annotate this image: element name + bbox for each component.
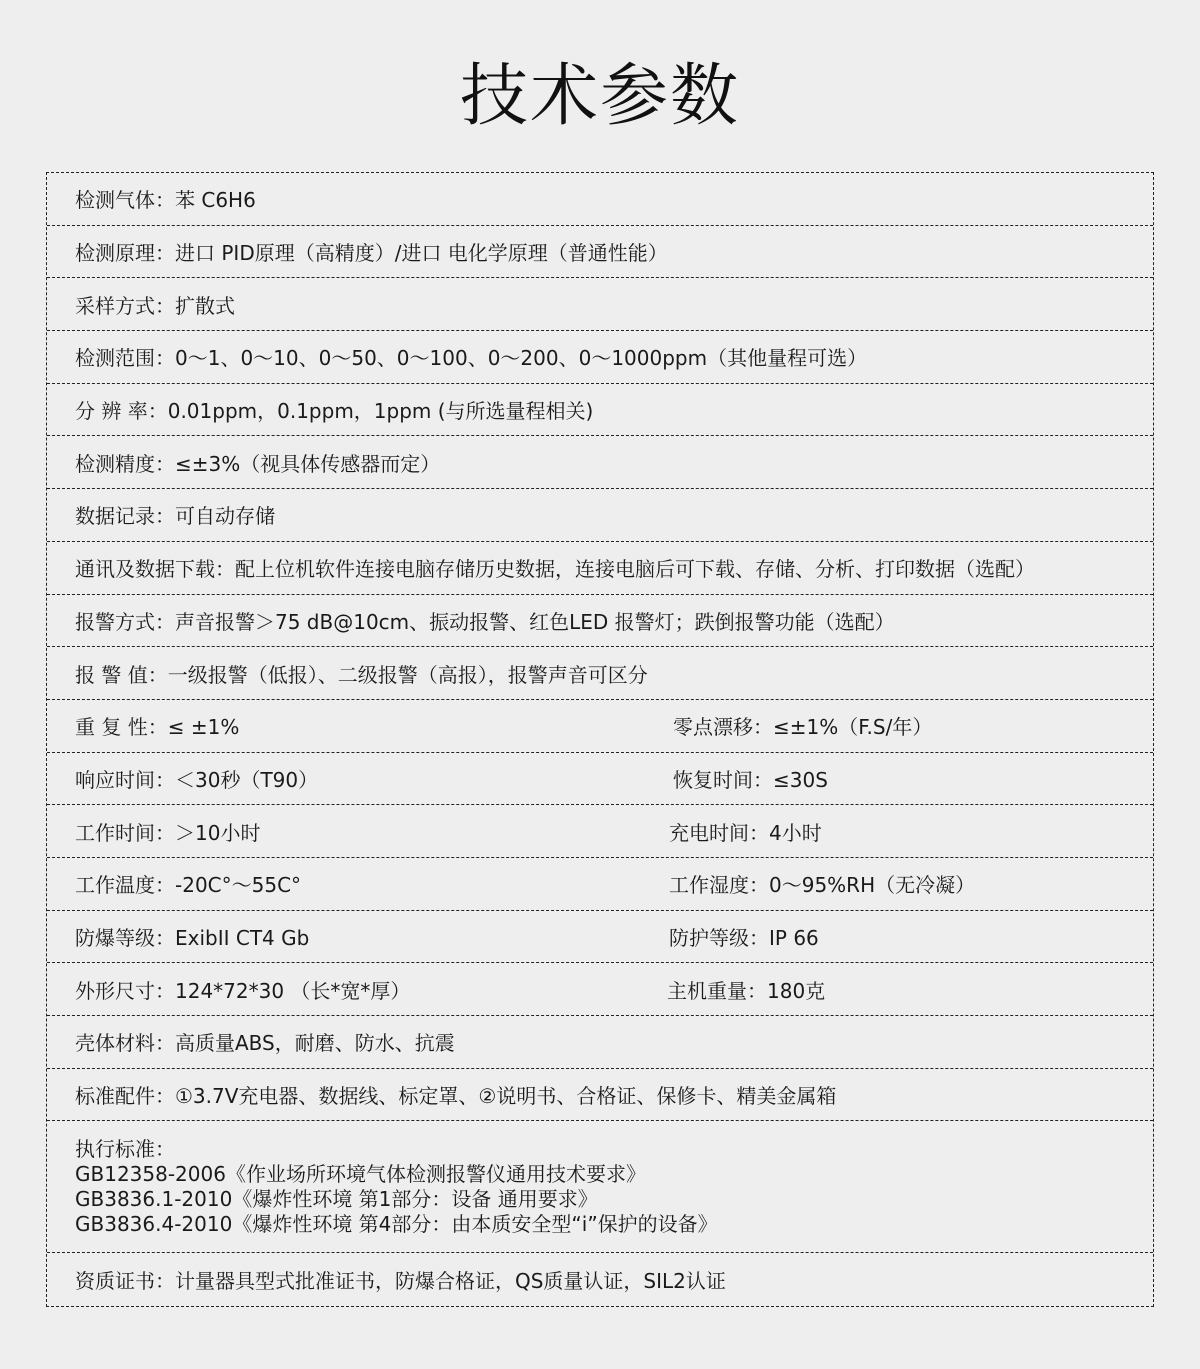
spec-label: 工作温度： xyxy=(75,873,175,897)
spec-label: 检测范围： xyxy=(75,342,175,371)
spec-label: 执行标准： xyxy=(75,1137,175,1162)
spec-value: -20C°～55C° xyxy=(175,873,301,897)
spec-value: 高质量ABS，耐磨、防水、抗震 xyxy=(175,1027,455,1056)
spec-row-resolution: 分 辨 率：0.01ppm，0.1ppm，1ppm (与所选量程相关) xyxy=(47,384,1153,437)
spec-row-certificates: 资质证书：计量器具型式批准证书，防爆合格证，QS质量认证，SIL2认证 xyxy=(47,1253,1153,1306)
spec-row-alarm-mode: 报警方式：声音报警＞75 dB@10cm、振动报警、红色LED 报警灯；跌倒报警… xyxy=(47,595,1153,648)
spec-row-data-logging: 数据记录：可自动存储 xyxy=(47,489,1153,542)
spec-value: 配上位机软件连接电脑存储历史数据，连接电脑后可下载、存储、分析、打印数据（选配） xyxy=(235,553,1035,582)
spec-label: 恢复时间： xyxy=(673,768,773,792)
spec-value: ＜30秒（T90） xyxy=(175,768,318,792)
spec-row-explosion-proof: 防爆等级：ExibII CT4 Gb 防护等级：IP 66 xyxy=(47,911,1153,964)
standard-line: GB3836.4-2010《爆炸性环境 第4部分：由本质安全型“i”保护的设备》 xyxy=(75,1212,718,1237)
spec-value: 一级报警（低报）、二级报警（高报），报警声音可区分 xyxy=(168,659,648,688)
spec-value: ①3.7V充电器、数据线、标定罩、②说明书、合格证、保修卡、精美金属箱 xyxy=(175,1080,836,1109)
spec-label: 检测气体： xyxy=(75,184,175,213)
spec-value: 0.01ppm，0.1ppm，1ppm (与所选量程相关) xyxy=(168,395,594,424)
spec-row-gas: 检测气体：苯 C6H6 xyxy=(47,173,1153,226)
spec-label: 零点漂移： xyxy=(673,715,773,739)
spec-label: 重 复 性： xyxy=(75,715,168,739)
spec-row-accuracy: 检测精度：≤±3%（视具体传感器而定） xyxy=(47,436,1153,489)
spec-row-sampling: 采样方式：扩散式 xyxy=(47,278,1153,331)
spec-row-response-time: 响应时间：＜30秒（T90） 恢复时间：≤30S xyxy=(47,753,1153,806)
spec-value: 扩散式 xyxy=(175,290,235,319)
spec-label: 标准配件： xyxy=(75,1080,175,1109)
spec-value: 0～1、0～10、0～50、0～100、0～200、0～1000ppm（其他量程… xyxy=(175,342,867,371)
spec-value: 苯 C6H6 xyxy=(175,184,256,213)
spec-value: 4小时 xyxy=(769,821,822,845)
spec-table: 检测气体：苯 C6H6 检测原理：进口 PID原理（高精度）/进口 电化学原理（… xyxy=(46,172,1154,1307)
spec-value: 计量器具型式批准证书，防爆合格证，QS质量认证，SIL2认证 xyxy=(175,1265,726,1294)
spec-row-standards: 执行标准： GB12358-2006《作业场所环境气体检测报警仪通用技术要求》 … xyxy=(47,1121,1153,1253)
spec-row-principle: 检测原理：进口 PID原理（高精度）/进口 电化学原理（普通性能） xyxy=(47,226,1153,279)
spec-row-temperature: 工作温度：-20C°～55C° 工作湿度：0～95%RH（无冷凝） xyxy=(47,858,1153,911)
spec-label: 报警方式： xyxy=(75,606,175,635)
spec-value: 声音报警＞75 dB@10cm、振动报警、红色LED 报警灯；跌倒报警功能（选配… xyxy=(175,606,895,635)
spec-value: ≤ ±1% xyxy=(168,715,240,739)
spec-label: 数据记录： xyxy=(75,500,175,529)
spec-value: 124*72*30 （长*宽*厚） xyxy=(175,979,410,1003)
spec-value: ≤30S xyxy=(773,768,828,792)
spec-label: 主机重量： xyxy=(667,979,767,1003)
spec-value: ≤±1%（F.S/年） xyxy=(773,715,932,739)
spec-value: ExibII CT4 Gb xyxy=(175,926,309,950)
standard-line: GB3836.1-2010《爆炸性环境 第1部分：设备 通用要求》 xyxy=(75,1187,598,1212)
spec-label: 防护等级： xyxy=(669,926,769,950)
spec-value: 180克 xyxy=(767,979,825,1003)
standard-line: GB12358-2006《作业场所环境气体检测报警仪通用技术要求》 xyxy=(75,1162,646,1187)
spec-label: 检测精度： xyxy=(75,448,175,477)
spec-row-range: 检测范围：0～1、0～10、0～50、0～100、0～200、0～1000ppm… xyxy=(47,331,1153,384)
spec-label: 壳体材料： xyxy=(75,1027,175,1056)
spec-label: 资质证书： xyxy=(75,1265,175,1294)
spec-label: 响应时间： xyxy=(75,768,175,792)
spec-label: 检测原理： xyxy=(75,237,175,266)
spec-value: 进口 PID原理（高精度）/进口 电化学原理（普通性能） xyxy=(175,237,668,266)
spec-value: 可自动存储 xyxy=(175,500,275,529)
spec-label: 采样方式： xyxy=(75,290,175,319)
spec-row-working-time: 工作时间：＞10小时 充电时间：4小时 xyxy=(47,805,1153,858)
spec-label: 通讯及数据下载： xyxy=(75,553,235,582)
spec-label: 分 辨 率： xyxy=(75,395,168,424)
spec-value: ＞10小时 xyxy=(175,821,260,845)
spec-label: 工作湿度： xyxy=(669,873,769,897)
spec-label: 充电时间： xyxy=(669,821,769,845)
page-title: 技术参数 xyxy=(0,52,1200,142)
spec-label: 防爆等级： xyxy=(75,926,175,950)
spec-row-accessories: 标准配件：①3.7V充电器、数据线、标定罩、②说明书、合格证、保修卡、精美金属箱 xyxy=(47,1069,1153,1122)
spec-row-housing: 壳体材料：高质量ABS，耐磨、防水、抗震 xyxy=(47,1016,1153,1069)
spec-row-dimensions: 外形尺寸：124*72*30 （长*宽*厚） 主机重量：180克 xyxy=(47,963,1153,1016)
spec-label: 外形尺寸： xyxy=(75,979,175,1003)
spec-value: ≤±3%（视具体传感器而定） xyxy=(175,448,440,477)
spec-row-alarm-value: 报 警 值：一级报警（低报）、二级报警（高报），报警声音可区分 xyxy=(47,647,1153,700)
spec-label: 报 警 值： xyxy=(75,659,168,688)
spec-label: 工作时间： xyxy=(75,821,175,845)
spec-value: IP 66 xyxy=(769,926,819,950)
spec-row-communication: 通讯及数据下载：配上位机软件连接电脑存储历史数据，连接电脑后可下载、存储、分析、… xyxy=(47,542,1153,595)
spec-row-repeatability: 重 复 性：≤ ±1% 零点漂移：≤±1%（F.S/年） xyxy=(47,700,1153,753)
spec-value: 0～95%RH（无冷凝） xyxy=(769,873,975,897)
